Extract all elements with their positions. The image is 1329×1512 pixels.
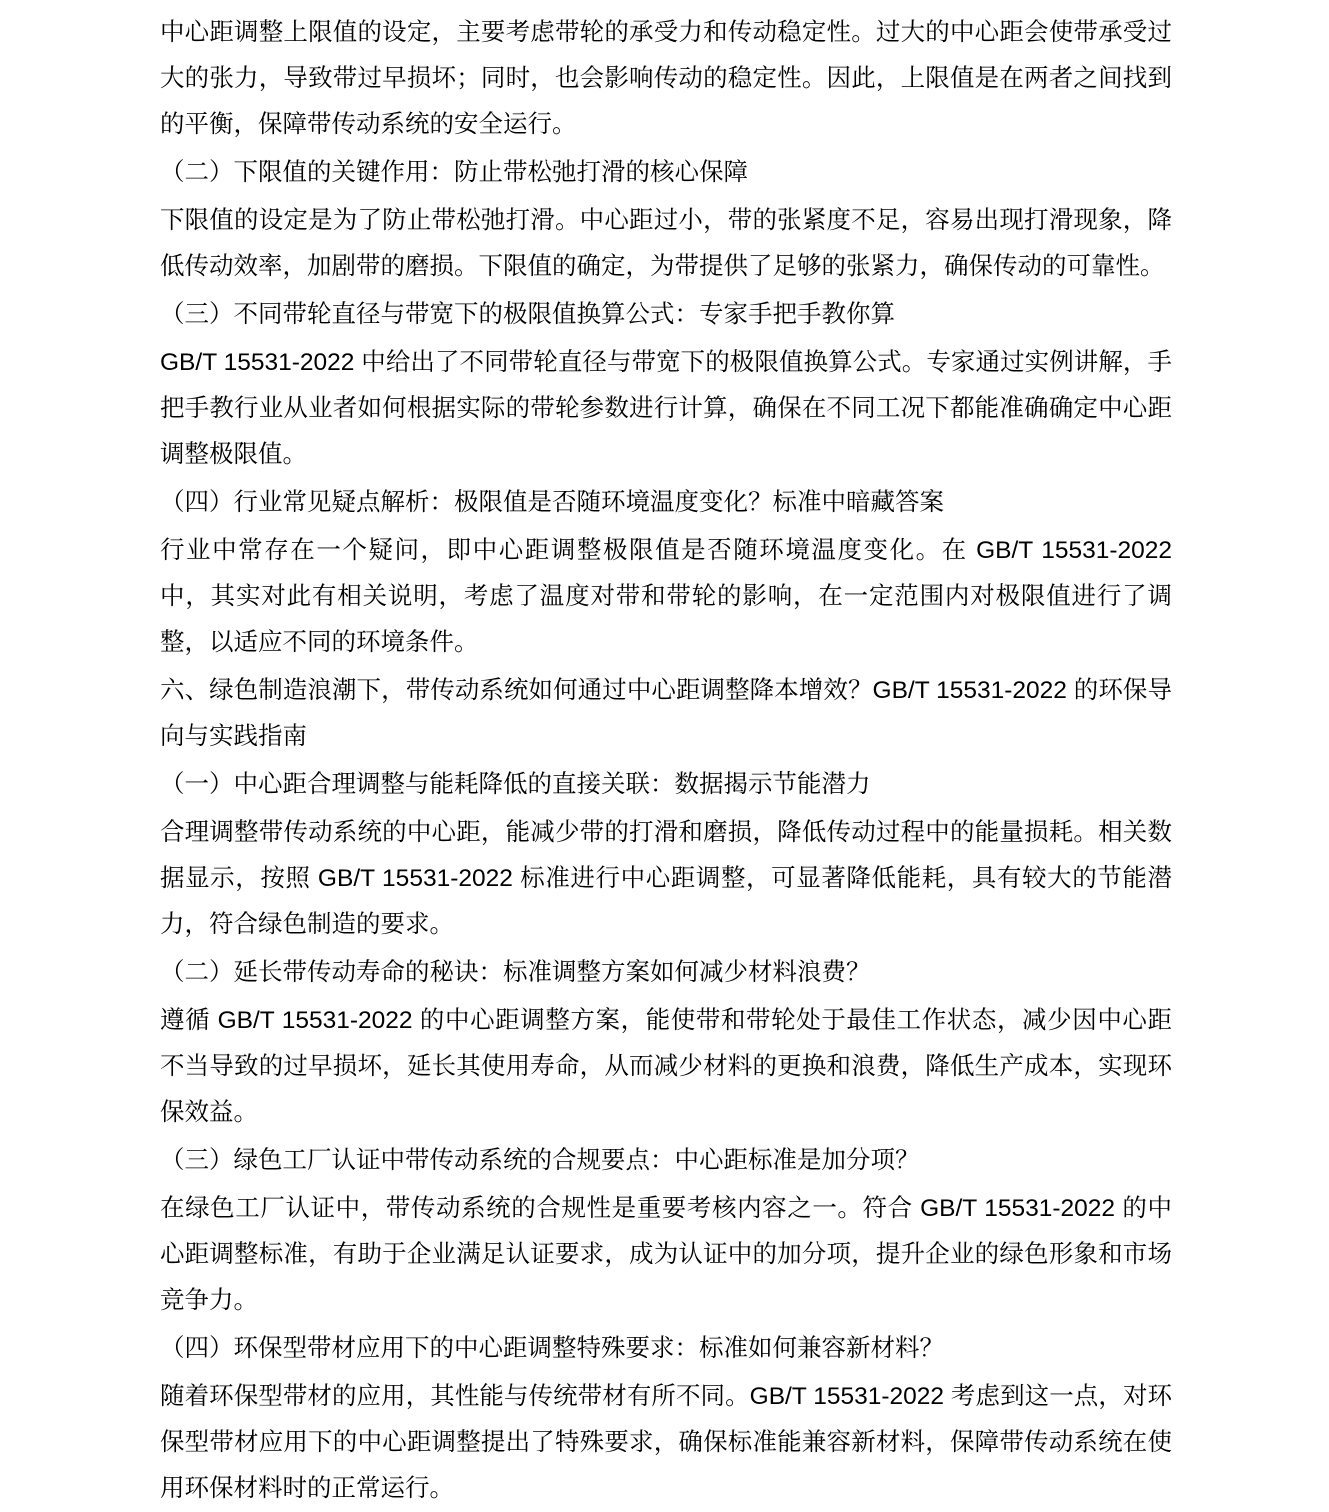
- paragraph-lifespan-material-waste: 遵循 GB/T 15531-2022 的中心距调整方案，能使带和带轮处于最佳工作…: [160, 998, 1172, 1136]
- paragraph-temperature-answer: 行业中常存在一个疑问，即中心距调整极限值是否随环境温度变化。在 GB/T 155…: [160, 528, 1172, 666]
- subheading-1-energy-saving: （一）中心距合理调整与能耗降低的直接关联：数据揭示节能潜力: [160, 762, 1172, 808]
- paragraph-lower-limit-setting: 下限值的设定是为了防止带松弛打滑。中心距过小，带的张紧度不足，容易出现打滑现象，…: [160, 198, 1172, 290]
- subheading-3-conversion-formula: （三）不同带轮直径与带宽下的极限值换算公式：专家手把手教你算: [160, 292, 1172, 338]
- paragraph-conversion-formula: GB/T 15531-2022 中给出了不同带轮直径与带宽下的极限值换算公式。专…: [160, 340, 1172, 478]
- paragraph-upper-limit-setting: 中心距调整上限值的设定，主要考虑带轮的承受力和传动稳定性。过大的中心距会使带承受…: [160, 10, 1172, 148]
- subheading-4-eco-belt-materials: （四）环保型带材应用下的中心距调整特殊要求：标准如何兼容新材料？: [160, 1326, 1172, 1372]
- subheading-3-green-factory-cert: （三）绿色工厂认证中带传动系统的合规要点：中心距标准是加分项？: [160, 1138, 1172, 1184]
- subheading-2-lower-limit-role: （二）下限值的关键作用：防止带松弛打滑的核心保障: [160, 150, 1172, 196]
- paragraph-green-factory-compliance: 在绿色工厂认证中，带传动系统的合规性是重要考核内容之一。符合 GB/T 1553…: [160, 1186, 1172, 1324]
- document-page: 中心距调整上限值的设定，主要考虑带轮的承受力和传动稳定性。过大的中心距会使带承受…: [0, 0, 1329, 1512]
- subheading-2-lifespan-secret: （二）延长带传动寿命的秘诀：标准调整方案如何减少材料浪费？: [160, 950, 1172, 996]
- section-title-6-green-manufacturing: 六、绿色制造浪潮下，带传动系统如何通过中心距调整降本增效？GB/T 15531-…: [160, 668, 1172, 760]
- subheading-4-temperature-question: （四）行业常见疑点解析：极限值是否随环境温度变化？标准中暗藏答案: [160, 480, 1172, 526]
- paragraph-energy-saving: 合理调整带传动系统的中心距，能减少带的打滑和磨损，降低传动过程中的能量损耗。相关…: [160, 810, 1172, 948]
- paragraph-eco-belt-requirements: 随着环保型带材的应用，其性能与传统带材有所不同。GB/T 15531-2022 …: [160, 1374, 1172, 1512]
